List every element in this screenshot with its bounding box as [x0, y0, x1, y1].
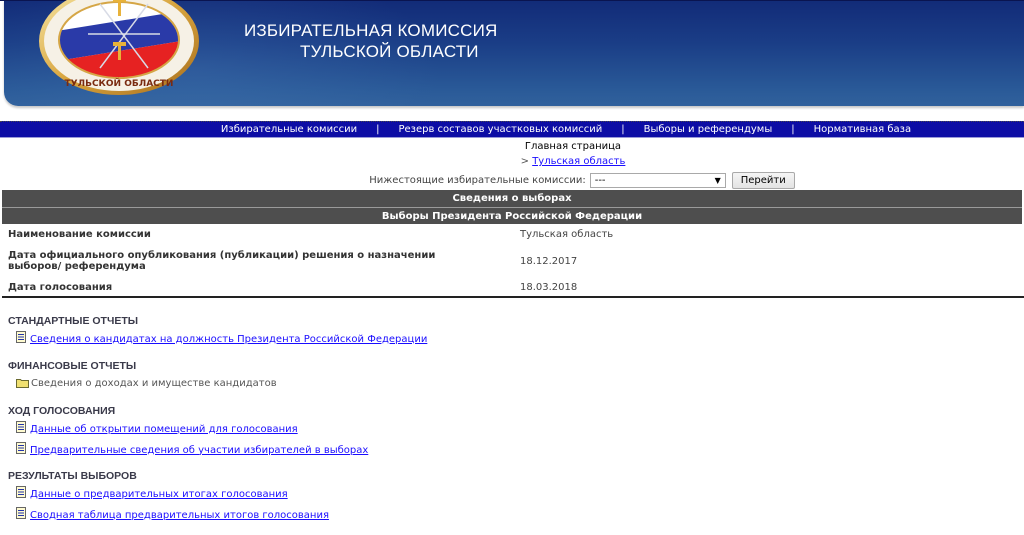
breadcrumb-level2: > Тульская область [0, 156, 1024, 167]
nav-item-commissions[interactable]: Избирательные комиссии [221, 124, 357, 135]
section-standard-reports: СТАНДАРТНЫЕ ОТЧЕТЫ [8, 315, 138, 327]
site-title: ИЗБИРАТЕЛЬНАЯ КОМИССИЯ ТУЛЬСКОЙ ОБЛАСТИ [244, 20, 498, 62]
election-info-table: Наименование комиссии Тульская область Д… [2, 225, 1022, 296]
nav-separator: | [791, 124, 794, 135]
report-link-preliminary-results[interactable]: Данные о предварительных итогах голосова… [30, 489, 288, 500]
info-key: Наименование комиссии [2, 229, 512, 240]
list-item: Данные об открытии помещений для голосов… [16, 423, 298, 435]
nav-separator: | [621, 124, 624, 135]
nav-item-elections[interactable]: Выборы и референдумы [644, 124, 773, 135]
info-value: 18.03.2018 [512, 282, 577, 293]
info-key: Дата голосования [2, 282, 512, 293]
commission-select[interactable]: --- ▼ [590, 173, 726, 188]
report-link-summary-table[interactable]: Сводная таблица предварительных итогов г… [30, 510, 329, 521]
document-icon [16, 421, 26, 433]
main-nav: Избирательные комиссии | Резерв составов… [0, 121, 1024, 138]
section-bar-election-info: Сведения о выборах [2, 190, 1022, 207]
nav-item-regulations[interactable]: Нормативная база [814, 124, 911, 135]
document-icon [16, 442, 26, 454]
section-voting-progress: ХОД ГОЛОСОВАНИЯ [8, 405, 115, 417]
breadcrumb-arrow: > [521, 156, 529, 167]
go-button[interactable]: Перейти [732, 172, 795, 189]
info-row: Дата голосования 18.03.2018 [2, 278, 1022, 296]
dropdown-arrow-icon: ▼ [715, 176, 721, 185]
folder-income-property[interactable]: Сведения о доходах и имуществе кандидато… [31, 378, 277, 389]
breadcrumb: Главная страница > Тульская область [0, 141, 1024, 152]
list-item: Данные о предварительных итогах голосова… [16, 488, 288, 500]
document-icon [16, 507, 26, 519]
section-title: СТАНДАРТНЫЕ ОТЧЕТЫ [8, 315, 138, 327]
info-key: Дата официального опубликования (публика… [2, 250, 512, 272]
info-value: 18.12.2017 [512, 256, 577, 267]
section-financial-reports: ФИНАНСОВЫЕ ОТЧЕТЫ [8, 360, 136, 372]
section-title: РЕЗУЛЬТАТЫ ВЫБОРОВ [8, 470, 137, 482]
nav-separator: | [376, 124, 379, 135]
breadcrumb-region-link[interactable]: Тульская область [532, 156, 625, 167]
list-item: Сведения о кандидатах на должность Прези… [16, 333, 427, 345]
report-link-turnout[interactable]: Предварительные сведения об участии изби… [30, 445, 368, 456]
list-item: Сводная таблица предварительных итогов г… [16, 509, 329, 521]
site-title-line2: ТУЛЬСКОЙ ОБЛАСТИ [244, 41, 498, 62]
site-header: ТУЛЬСКОЙ ОБЛАСТИ ИЗБИРАТЕЛЬНАЯ КОМИССИЯ … [0, 0, 1024, 108]
info-row: Наименование комиссии Тульская область [2, 225, 1022, 244]
site-title-line1: ИЗБИРАТЕЛЬНАЯ КОМИССИЯ [244, 21, 498, 40]
section-title: ХОД ГОЛОСОВАНИЯ [8, 405, 115, 417]
info-row: Дата официального опубликования (публика… [2, 244, 1022, 278]
divider [2, 296, 1024, 298]
selector-label: Нижестоящие избирательные комиссии: [369, 175, 585, 186]
document-icon [16, 331, 26, 343]
subordinate-commission-selector: Нижестоящие избирательные комиссии: --- … [0, 172, 1024, 189]
breadcrumb-home[interactable]: Главная страница [525, 141, 621, 152]
section-bar-election-title: Выборы Президента Российской Федерации [2, 207, 1022, 224]
info-value: Тульская область [512, 229, 613, 240]
list-item[interactable]: Сведения о доходах и имуществе кандидато… [16, 378, 277, 389]
document-icon [16, 486, 26, 498]
svg-text:ТУЛЬСКОЙ ОБЛАСТИ: ТУЛЬСКОЙ ОБЛАСТИ [65, 77, 174, 89]
folder-icon [16, 378, 29, 388]
select-value: --- [595, 175, 606, 186]
report-link-polling-stations-opening[interactable]: Данные об открытии помещений для голосов… [30, 424, 298, 435]
section-title: ФИНАНСОВЫЕ ОТЧЕТЫ [8, 360, 136, 372]
list-item: Предварительные сведения об участии изби… [16, 444, 368, 456]
report-link-candidates[interactable]: Сведения о кандидатах на должность Прези… [30, 334, 427, 345]
section-election-results: РЕЗУЛЬТАТЫ ВЫБОРОВ [8, 470, 137, 482]
nav-item-reserve[interactable]: Резерв составов участковых комиссий [398, 124, 602, 135]
election-commission-logo[interactable]: ТУЛЬСКОЙ ОБЛАСТИ [38, 0, 200, 98]
